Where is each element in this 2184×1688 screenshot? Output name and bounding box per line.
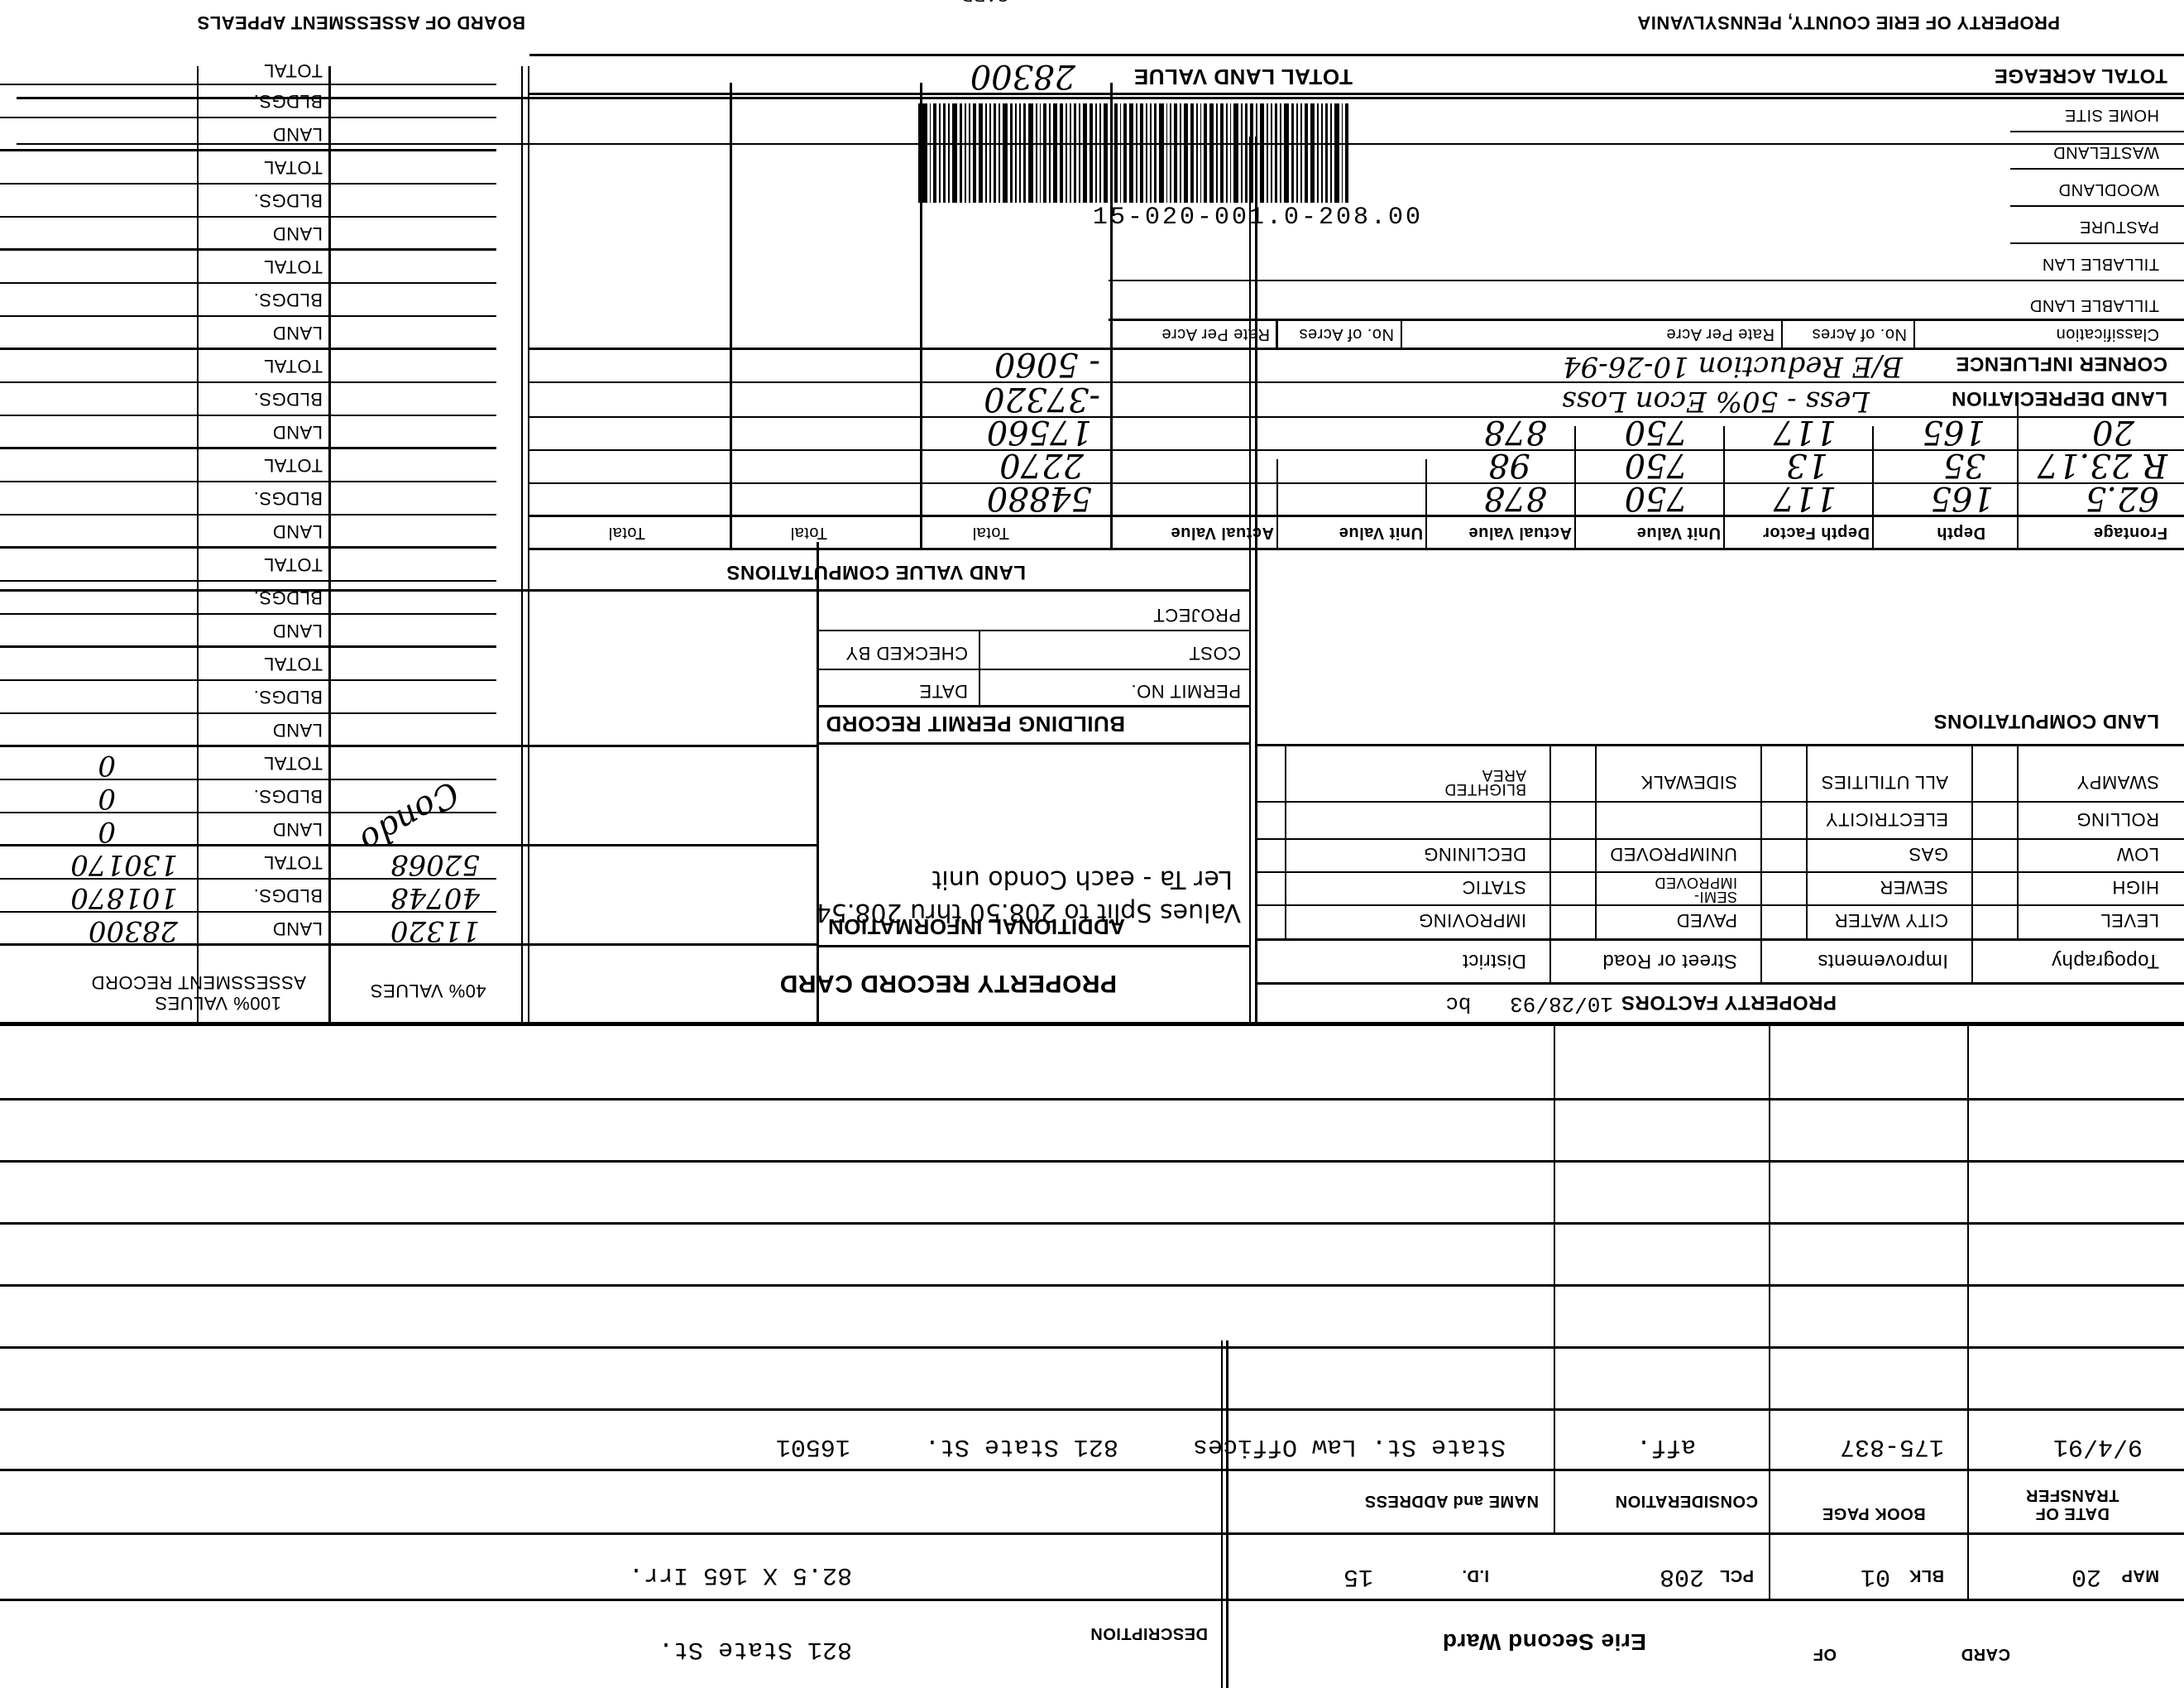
pf-high: HIGH — [2112, 876, 2159, 898]
pf-unimproved: UNIMPROVED — [1610, 843, 1737, 865]
divider — [0, 580, 496, 582]
pf-low: LOW — [2116, 843, 2159, 865]
bldgs-100-value: 0 — [98, 782, 116, 815]
divider — [1257, 744, 2184, 746]
divider — [0, 1346, 2184, 1349]
total-value: 54880 — [987, 479, 1092, 517]
depth-value: 165 — [1923, 413, 1985, 451]
land-row-label: LAND — [272, 918, 323, 939]
property-factors-date: 10/28/93 bc — [1445, 991, 1613, 1016]
total-row-label: TOTAL — [264, 554, 323, 575]
land-depreciation-value: -37320 — [984, 380, 1100, 418]
lot-dimensions: 82.5 X 165 Irr. — [629, 1561, 852, 1589]
rate-header-2: Rate Per Acre — [1161, 324, 1270, 343]
bldgs-row-label: BLDGS. — [253, 189, 323, 211]
building-permit-title: BUILDING PERMIT RECORD — [826, 711, 1125, 736]
divider — [1255, 137, 1257, 1026]
divider — [1221, 1340, 1223, 1688]
divider — [521, 66, 523, 1026]
depth-factor-value: 117 — [1774, 413, 1837, 451]
acres-header-2: No. of Acres — [1299, 324, 1394, 343]
divider — [1425, 459, 1427, 550]
permit-date-label: DATE — [919, 680, 968, 702]
bldgs-row-label: BLDGS. — [253, 785, 323, 807]
cost-label: COST — [1189, 642, 1241, 664]
divider — [2010, 168, 2184, 170]
consideration-header: CONSIDERATION — [1615, 1491, 1758, 1510]
pf-all-utilities: ALL UTILITIES — [1821, 771, 1948, 793]
divider — [2010, 131, 2184, 132]
id-value: 15 — [1343, 1562, 1373, 1590]
divider — [1249, 137, 1251, 1026]
divider — [0, 84, 496, 85]
pf-static: STATIC — [1462, 876, 1526, 898]
frontage-value: R 23.17 — [2038, 446, 2167, 484]
bldgs-row-label: BLDGS. — [253, 686, 323, 707]
pcl-label: PCL — [1720, 1566, 1755, 1585]
divider — [0, 149, 496, 151]
permit-no-label: PERMIT NO. — [1131, 680, 1241, 702]
property-factors-title: PROPERTY FACTORS — [1621, 990, 1837, 1014]
divider — [0, 779, 496, 780]
board-header: BOARD OF ASSESSMENT APPEALS — [197, 12, 525, 33]
divider — [1723, 426, 1725, 550]
pf-gas: GAS — [1909, 843, 1948, 865]
bldgs-row-label: BLDGS. — [253, 885, 323, 906]
divider — [1257, 801, 2184, 803]
land-depreciation-label: LAND DEPRECIATION — [1952, 386, 2167, 410]
divider — [1549, 745, 1551, 985]
pf-blighted-area: BLIGHTED AREA — [1419, 768, 1526, 796]
bldgs-row-label: BLDGS. — [253, 587, 323, 608]
col-total-1: Total — [972, 523, 1009, 542]
col-unit-value: Unit Value — [1636, 523, 1721, 542]
bldgs-40-value: 40748 — [390, 881, 480, 914]
land-row-label: LAND — [272, 520, 323, 542]
total-100-value: 0 — [98, 749, 116, 782]
divider — [2010, 242, 2184, 244]
transfer-consideration: aff. — [1636, 1432, 1696, 1460]
transfer-date-header: DATE OF TRANSFER — [2002, 1486, 2143, 1523]
pf-sidewalk: SIDEWALK — [1640, 771, 1737, 793]
bldgs-row-label: BLDGS. — [253, 289, 323, 310]
divider — [0, 1284, 2184, 1287]
pcl-value: 208 — [1660, 1562, 1704, 1590]
classification-header: Classification — [2056, 324, 2159, 343]
pf-rolling: ROLLING — [2076, 808, 2159, 830]
additional-info-note: Ler Ta - each Condo unit — [932, 865, 1233, 894]
divider — [1276, 321, 1278, 350]
district-header: District — [1463, 949, 1526, 972]
depth-value: 35 — [1943, 446, 1985, 484]
divider — [819, 742, 1251, 745]
depth-value: 165 — [1931, 479, 1994, 517]
additional-info-note: Values Split to 208.50 thru 208.54 — [816, 898, 1241, 927]
total-value: 17560 — [987, 413, 1092, 451]
card-label: CARD — [1961, 1644, 2010, 1663]
card-label: CARD — [960, 0, 1009, 4]
total-land-value: 28300 — [970, 57, 1075, 95]
classification-tillable-land: TILLABLE LAND — [2029, 295, 2159, 314]
divider — [0, 613, 496, 615]
project-label: PROJECT — [1153, 604, 1241, 626]
divider — [1109, 319, 2184, 321]
divider — [0, 447, 496, 449]
divider — [529, 54, 2184, 56]
pf-sewer: SEWER — [1880, 876, 1948, 898]
divider — [730, 83, 732, 550]
actual-value: 878 — [1484, 479, 1547, 517]
divider — [0, 117, 496, 118]
book-page-header: BOOK PAGE — [1812, 1504, 1936, 1523]
pct100-label: 100% VALUES — [155, 992, 281, 1014]
col-unit-value-2: Unit Value — [1339, 523, 1423, 542]
divider — [1401, 321, 1402, 350]
blk-value: 01 — [1861, 1562, 1890, 1590]
divider — [2010, 93, 2184, 95]
acres-header: No. of Acres — [1812, 324, 1907, 343]
total-row-label: TOTAL — [264, 156, 323, 178]
total-acreage-label: TOTAL ACREAGE — [1994, 64, 2167, 87]
divider — [1257, 838, 2184, 840]
pf-electricity: ELECTRICITY — [1825, 808, 1948, 830]
divider — [0, 546, 496, 549]
divider — [0, 183, 496, 185]
col-actual-value: Actual Value — [1468, 523, 1572, 542]
bldgs-row-label: BLDGS. — [253, 487, 323, 509]
land-100-value: 0 — [98, 815, 116, 848]
description-label: DESCRIPTION — [1090, 1623, 1208, 1642]
divider — [0, 1408, 2184, 1411]
divider — [0, 381, 496, 383]
col-total-2: Total — [790, 523, 827, 542]
divider — [1971, 745, 1973, 985]
parcel-barcode-number: 15-020-001.0-208.00 — [1093, 204, 1423, 232]
pf-paved: PAVED — [1676, 909, 1737, 931]
divider — [0, 1022, 2184, 1026]
frontage-value: 62.5 — [2086, 479, 2159, 517]
divider — [0, 1160, 2184, 1163]
divider — [0, 589, 1251, 592]
topography-header: Topography — [2052, 949, 2159, 972]
corner-influence-note: B/E Reduction 10-26-94 — [1563, 350, 1903, 383]
checked-by-label: CHECKED BY — [845, 642, 968, 664]
pf-level: LEVEL — [2100, 909, 2159, 931]
divider — [0, 844, 819, 846]
land-value-title: LAND VALUE COMPUTATIONS — [726, 560, 1026, 583]
condo-note: Condo — [353, 774, 466, 861]
land-row-label: LAND — [272, 719, 323, 741]
assessment-record-label: ASSESSMENT RECORD — [91, 971, 306, 993]
pct40-label: 40% VALUES — [335, 980, 521, 1001]
divider — [0, 1222, 2184, 1225]
total-row-label: TOTAL — [264, 454, 323, 476]
col-depth-factor: Depth Factor — [1763, 523, 1870, 542]
map-value: 20 — [2071, 1562, 2101, 1590]
property-record-card: PROPERTY OF ERIE COUNTY, PENNSYLVANIA BO… — [0, 0, 2184, 1688]
land-computations-title: LAND COMPUTATIONS — [1933, 709, 2159, 732]
total-row-label: TOTAL — [264, 355, 323, 376]
divider — [1872, 426, 1874, 550]
divider — [0, 514, 496, 516]
total-row-label: TOTAL — [264, 60, 323, 81]
divider — [819, 669, 1251, 670]
land-row-label: LAND — [272, 620, 323, 641]
col-frontage: Frontage — [2093, 523, 2167, 542]
divider — [0, 481, 496, 482]
bldgs-row-label: BLDGS. — [253, 388, 323, 410]
divider — [1967, 1535, 1969, 1601]
pf-swampy: SWAMPY — [2076, 771, 2159, 793]
depth-factor-value: 13 — [1786, 446, 1828, 484]
divider — [17, 97, 2184, 99]
transfer-book-page: 175-837 — [1840, 1432, 1944, 1460]
owner-header: PROPERTY OF ERIE COUNTY, PENNSYLVANIA — [1637, 12, 2060, 33]
map-label: MAP — [2121, 1566, 2159, 1585]
corner-influence-value: - 5060 — [994, 345, 1100, 383]
description-address: 821 State St. — [659, 1635, 852, 1663]
divider — [1226, 1340, 1228, 1688]
divider — [1109, 280, 2184, 281]
divider — [1257, 871, 2184, 873]
improvements-header: Improvements — [1818, 949, 1948, 972]
divider — [529, 416, 2184, 418]
total-row-label: TOTAL — [264, 256, 323, 277]
classification-tillable-lan: TILLABLE LAN — [2042, 254, 2159, 273]
col-total-3: Total — [608, 523, 645, 542]
land-depreciation-note: Less - 50% Econ Loss — [1562, 385, 1870, 418]
bldgs-row-label: BLDGS. — [253, 90, 323, 112]
divider — [529, 381, 2184, 383]
corner-influence-label: CORNER INFLUENCE — [1956, 352, 2167, 375]
pf-declining: DECLINING — [1424, 843, 1526, 865]
depth-factor-value: 117 — [1774, 479, 1837, 517]
total-land-value-label: TOTAL LAND VALUE — [1133, 64, 1353, 89]
divider — [819, 705, 1251, 707]
divider — [1276, 459, 1278, 550]
land-40-value: 11320 — [390, 914, 480, 947]
total-100-value: 130170 — [70, 848, 178, 881]
divider — [1769, 1535, 1770, 1601]
land-row-label: LAND — [272, 421, 323, 443]
divider — [0, 348, 496, 350]
divider — [0, 679, 496, 681]
name-address-header: NAME and ADDRESS — [1364, 1491, 1539, 1510]
land-row-label: LAND — [272, 322, 323, 343]
total-value: 2270 — [999, 446, 1084, 484]
land-row-label: LAND — [272, 223, 323, 244]
divider — [819, 945, 1251, 947]
divider — [1257, 982, 2184, 985]
divider — [2017, 745, 2019, 941]
rate-header: Rate Per Acre — [1666, 324, 1774, 343]
divider — [1760, 745, 1762, 985]
pf-city-water: CITY WATER — [1834, 909, 1948, 931]
pf-improving: IMPROVING — [1419, 909, 1526, 931]
divider — [1913, 321, 1915, 350]
land-row-label: LAND — [272, 818, 323, 840]
actual-value: 98 — [1488, 446, 1530, 484]
divider — [1806, 745, 1808, 941]
total-row-label: TOTAL — [264, 653, 323, 674]
bldgs-100-value: 101870 — [70, 881, 178, 914]
divider — [817, 542, 819, 1026]
divider — [529, 93, 2010, 95]
divider — [1285, 745, 1286, 941]
divider — [2010, 205, 2184, 207]
total-row-label: TOTAL — [264, 851, 323, 873]
divider — [1574, 426, 1576, 550]
frontage-value: 20 — [2092, 413, 2134, 451]
total-row-label: TOTAL — [264, 752, 323, 774]
divider — [0, 1469, 2184, 1471]
divider — [529, 548, 2184, 550]
street-road-header: Street or Road — [1602, 949, 1737, 972]
pf-semi-improved: SEMI-IMPROVED — [1621, 875, 1737, 904]
divider — [0, 216, 496, 218]
transfer-date: 9/4/91 — [2053, 1432, 2143, 1460]
classification-wasteland: WASTELAND — [2053, 142, 2159, 161]
divider — [0, 282, 496, 284]
id-label: I.D. — [1462, 1566, 1489, 1585]
divider — [0, 248, 496, 251]
divider — [1781, 321, 1783, 350]
col-depth: Depth — [1937, 523, 1985, 542]
divider — [0, 745, 819, 747]
land-row-label: LAND — [272, 123, 323, 145]
divider — [528, 66, 529, 1026]
actual-value: 878 — [1484, 413, 1547, 451]
divider — [0, 1532, 2184, 1535]
divider — [0, 415, 496, 416]
divider — [0, 315, 496, 317]
unit-value: 750 — [1625, 413, 1688, 451]
unit-value: 750 — [1625, 479, 1688, 517]
blk-label: BLK — [1909, 1566, 1944, 1585]
divider — [1595, 745, 1597, 941]
divider — [0, 712, 496, 714]
divider — [1257, 938, 2184, 941]
divider — [529, 348, 2184, 350]
divider — [0, 645, 496, 648]
of-label: OF — [1813, 1644, 1837, 1663]
col-actual-value-2: Actual Value — [1171, 523, 1274, 542]
divider — [0, 1098, 2184, 1101]
divider — [0, 812, 496, 813]
classification-pasture: PASTURE — [2080, 217, 2159, 236]
record-card-title: PROPERTY RECORD CARD — [779, 969, 1117, 997]
land-100-value: 28300 — [89, 914, 178, 947]
divider — [0, 1599, 2184, 1601]
total-40-value: 52068 — [390, 848, 480, 881]
classification-home-site: HOME SITE — [2064, 105, 2159, 124]
parcel-barcode — [918, 103, 1348, 203]
transfer-name-address: State St. Law Offices 821 State St. 1650… — [776, 1432, 1506, 1460]
divider — [819, 630, 1251, 631]
divider — [529, 482, 2184, 484]
unit-value: 750 — [1625, 446, 1688, 484]
classification-woodland: WOODLAND — [2058, 180, 2159, 199]
ward-stamp: Erie Second Ward — [1442, 1628, 1646, 1655]
